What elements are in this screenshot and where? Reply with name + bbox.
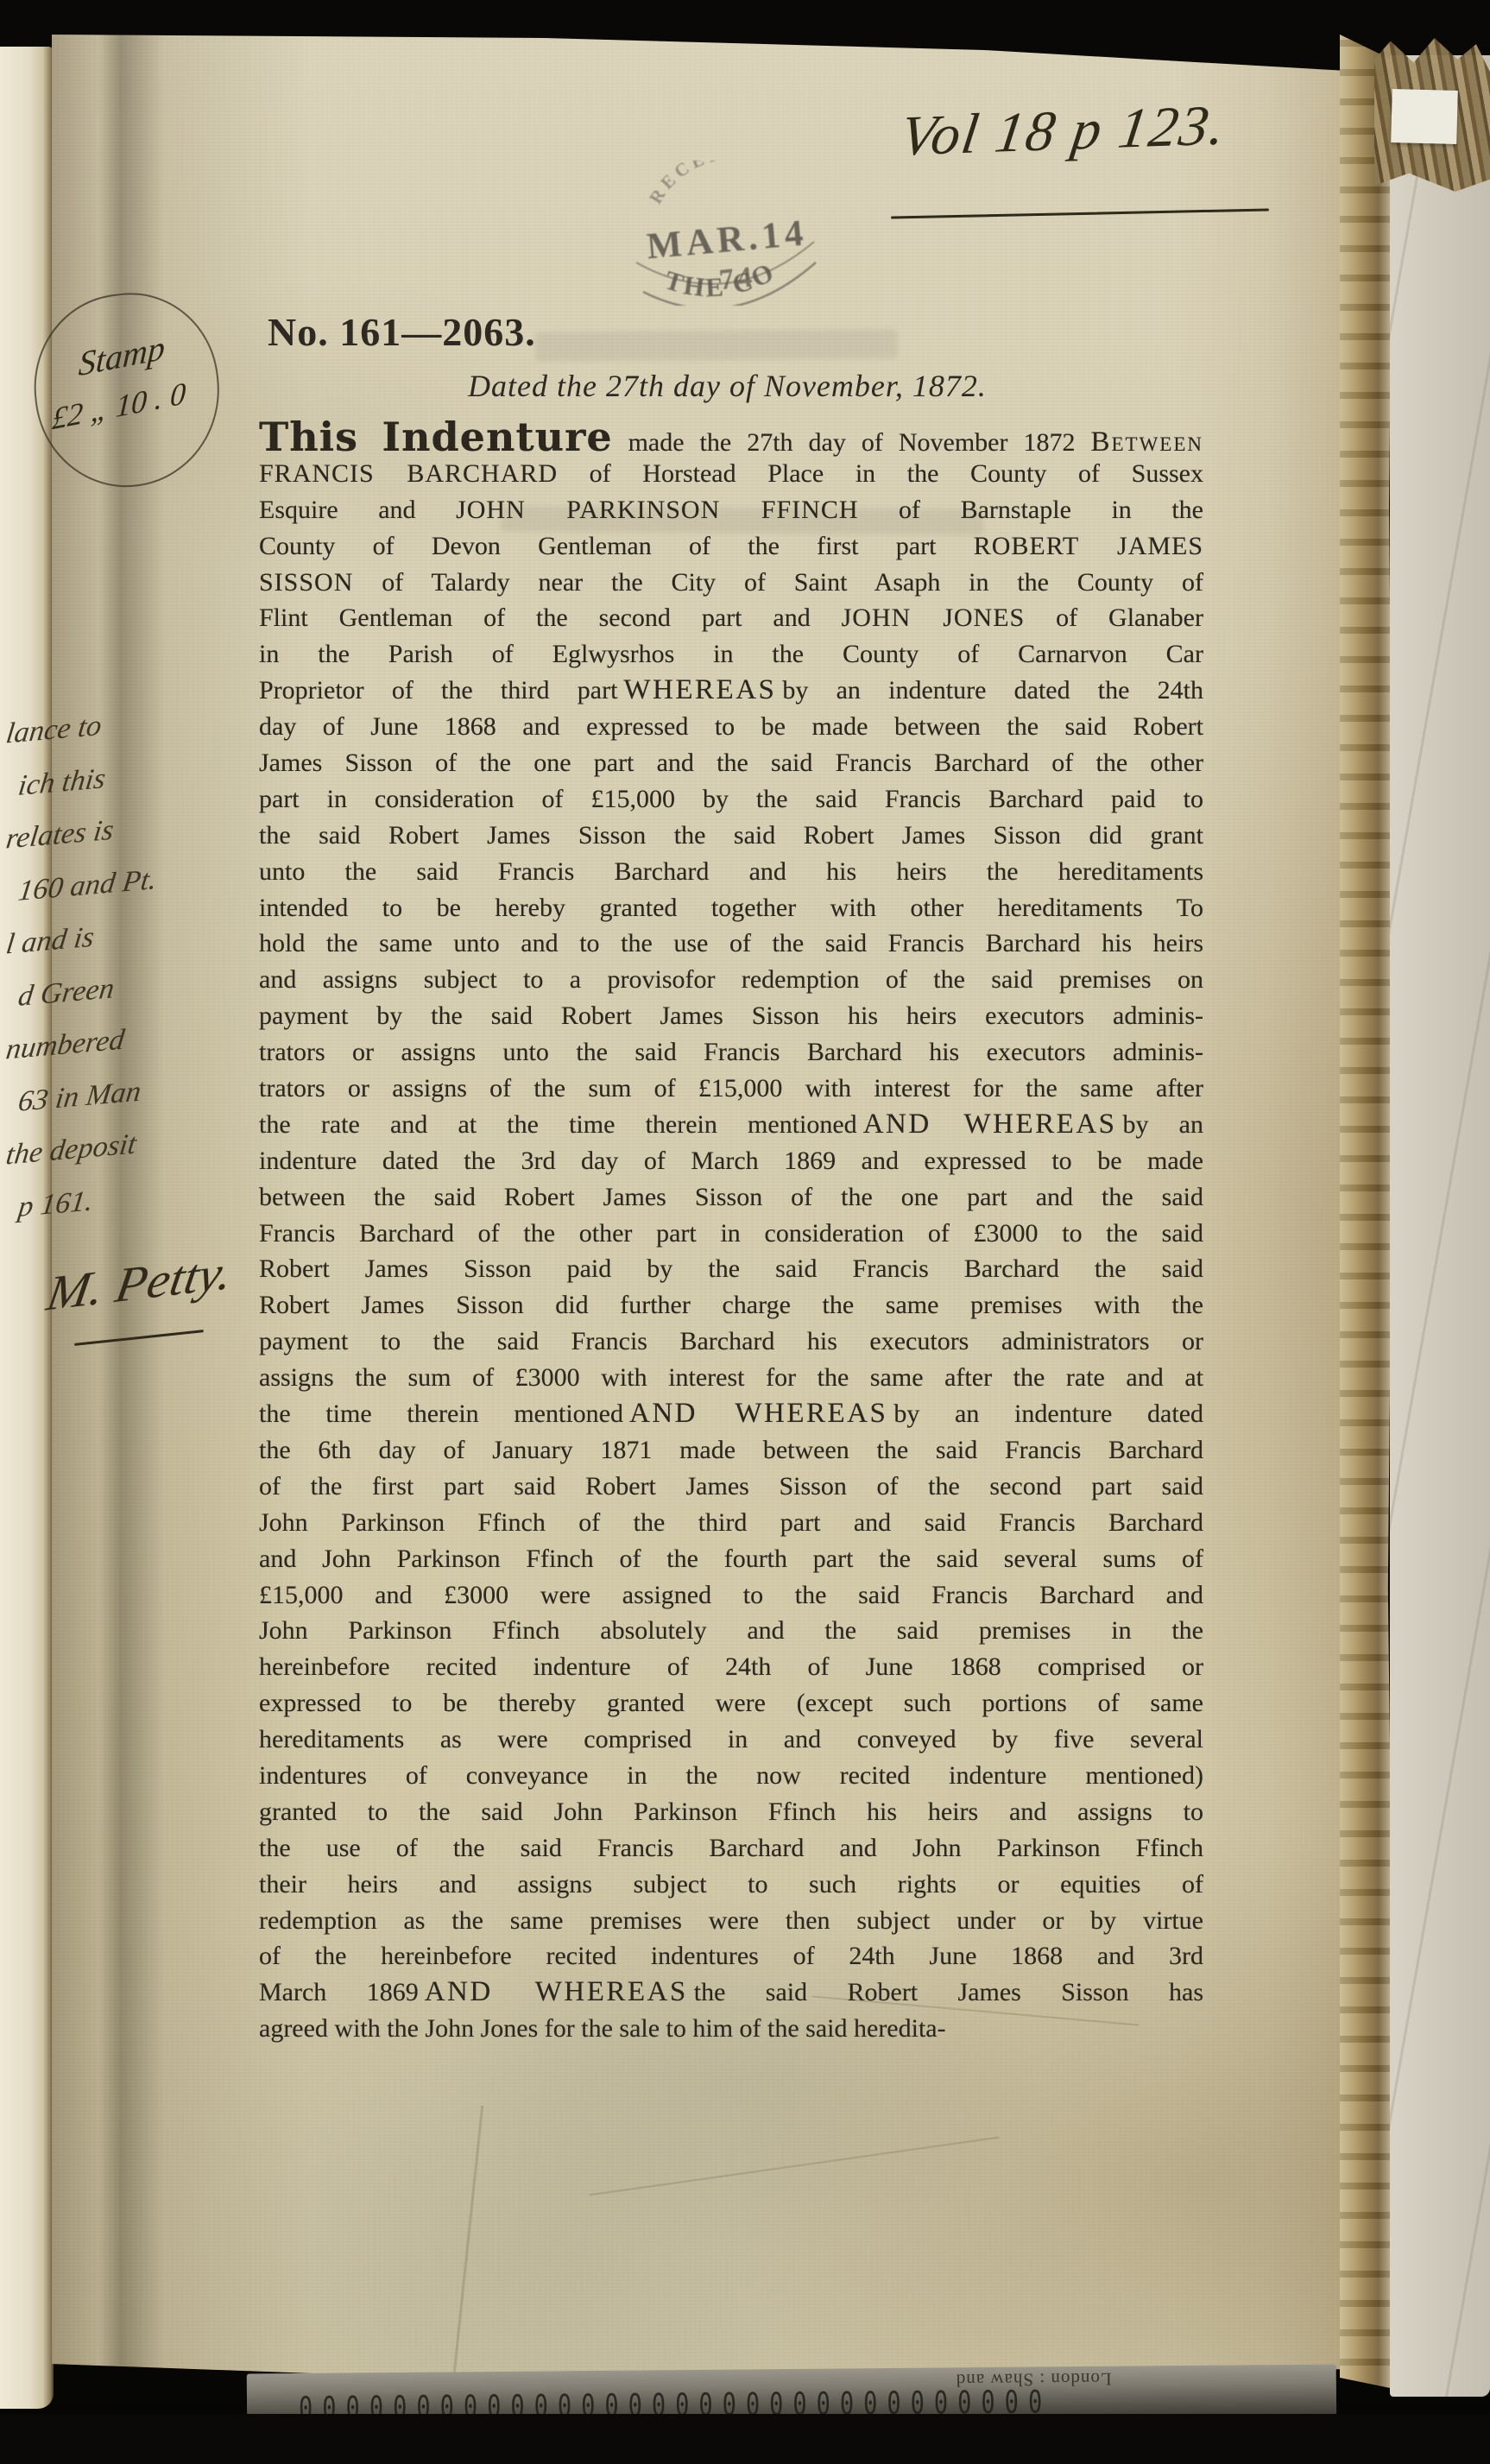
body-text-line: Robert James Sisson paid by the said Fra… bbox=[259, 1251, 1203, 1287]
body-text-segment: trators or assigns of the sum of £15,000… bbox=[259, 1074, 1203, 1102]
paper-crease bbox=[451, 2106, 483, 2390]
body-text-segment: trators or assigns unto the said Francis… bbox=[259, 1038, 1203, 1066]
body-text-segment: the time therein mentioned bbox=[259, 1399, 623, 1428]
body-text-line: and John Parkinson Ffinch of the fourth … bbox=[259, 1541, 1203, 1577]
body-text-segment: the rate and at the time therein mention… bbox=[259, 1110, 857, 1139]
body-text-line: granted to the said John Parkinson Ffinc… bbox=[259, 1794, 1203, 1830]
stamp-duty-note: Stamp £2 „ 10 . 0 bbox=[23, 283, 230, 497]
body-text-segment: the said Robert James Sisson has bbox=[694, 1978, 1203, 2006]
body-text-line: SISSON of Talardy near the City of Saint… bbox=[259, 565, 1203, 601]
body-text-line: payment to the said Francis Barchard his… bbox=[259, 1324, 1203, 1360]
body-text-segment: AND WHEREAS bbox=[629, 1398, 887, 1429]
body-text-line: John Parkinson Ffinch absolutely and the… bbox=[259, 1613, 1203, 1649]
body-text-segment: by an bbox=[1123, 1110, 1204, 1139]
body-text-line: redemption as the same premises were the… bbox=[259, 1903, 1203, 1939]
body-text-segment: hereinbefore recited indenture of 24th o… bbox=[259, 1652, 1203, 1681]
underlying-page-edge bbox=[1390, 55, 1490, 2397]
body-text-segment: between the said Robert James Sisson of … bbox=[259, 1183, 1203, 1211]
body-text-segment: their heirs and assigns subject to such … bbox=[259, 1870, 1203, 1899]
body-text-line: Esquire and JOHN PARKINSON FFINCH of Bar… bbox=[259, 492, 1203, 528]
body-text-line: Proprietor of the third partWHEREASby an… bbox=[259, 673, 1203, 709]
body-text-line: in the Parish of Eglwysrhos in the Count… bbox=[259, 636, 1203, 673]
body-text-line: payment by the said Robert James Sisson … bbox=[259, 998, 1203, 1034]
document-number-heading: No. 161—2063. bbox=[268, 309, 536, 355]
margin-notes: lance toich thisrelates is160 and Pt.l a… bbox=[7, 706, 275, 1233]
body-text-line: part in consideration of £15,000 by the … bbox=[259, 781, 1203, 818]
body-text-segment: County of Devon Gentleman of the first p… bbox=[259, 532, 974, 560]
body-text-line: intended to be hereby granted together w… bbox=[259, 890, 1203, 926]
body-text-line: trators or assigns of the sum of £15,000… bbox=[259, 1071, 1203, 1107]
body-text-segment: FRANCIS BARCHARD bbox=[259, 459, 558, 488]
body-text-line: the rate and at the time therein mention… bbox=[259, 1107, 1203, 1143]
document-body: This Indenture made the 27th day of Nove… bbox=[259, 420, 1203, 2047]
body-text-line: unto the said Francis Barchard and his h… bbox=[259, 854, 1203, 890]
body-text-line: hereditaments as were comprised in and c… bbox=[259, 1722, 1203, 1758]
body-text-line: day of June 1868 and expressed to be mad… bbox=[259, 709, 1203, 745]
stamp-date-text: MAR.14 bbox=[645, 212, 809, 267]
body-text-line: the time therein mentionedAND WHEREASby … bbox=[259, 1396, 1203, 1432]
page-deckle-edge bbox=[1340, 35, 1393, 2388]
body-text-line: the 6th day of January 1871 made between… bbox=[259, 1432, 1203, 1469]
tucked-white-card bbox=[1391, 89, 1458, 144]
body-text-segment: JOHN JONES bbox=[842, 603, 1026, 632]
body-text-segment: expressed to be thereby granted were (ex… bbox=[259, 1689, 1203, 1717]
body-text-segment: the said Robert James Sisson the said Ro… bbox=[259, 821, 1203, 850]
body-text-segment: £15,000 and £3000 were assigned to the s… bbox=[259, 1581, 1203, 1609]
body-text-line: hold the same unto and to the use of the… bbox=[259, 926, 1203, 962]
body-text-segment: AND WHEREAS bbox=[425, 1976, 688, 2007]
table-background bbox=[0, 2414, 1490, 2464]
body-text-segment: Between bbox=[1090, 426, 1203, 458]
body-text-segment: part in consideration of £15,000 by the … bbox=[259, 785, 1203, 813]
body-text-line: assigns the sum of £3000 with interest f… bbox=[259, 1360, 1203, 1396]
body-text-segment: AND WHEREAS bbox=[863, 1109, 1117, 1140]
body-text-line: indentures of conveyance in the now reci… bbox=[259, 1758, 1203, 1794]
body-text-segment: Flint Gentleman of the second part and bbox=[259, 603, 842, 632]
body-text-segment: intended to be hereby granted together w… bbox=[259, 894, 1203, 922]
body-text-segment: Esquire and bbox=[259, 496, 456, 524]
svg-text:RECEIV: RECEIV bbox=[645, 161, 738, 207]
body-text-segment: made the 27th day of November 1872 bbox=[613, 428, 1091, 457]
body-text-segment: of Horstead Place in the County of Susse… bbox=[558, 459, 1203, 488]
body-text-line: of the first part said Robert James Siss… bbox=[259, 1469, 1203, 1505]
body-text-segment: Proprietor of the third part bbox=[259, 676, 617, 704]
scanned-book-photo: RECEIV MAR.14 74 THE CO Vol 18 p 123. No… bbox=[0, 0, 1490, 2464]
body-text-segment: of the hereinbefore recited indentures o… bbox=[259, 1942, 1203, 1970]
body-text-segment: the 6th day of January 1871 made between… bbox=[259, 1436, 1203, 1464]
body-text-segment: March 1869 bbox=[259, 1978, 419, 2006]
body-text-line: £15,000 and £3000 were assigned to the s… bbox=[259, 1577, 1203, 1614]
body-text-segment: granted to the said John Parkinson Ffinc… bbox=[259, 1797, 1203, 1826]
body-text-segment: hereditaments as were comprised in and c… bbox=[259, 1725, 1203, 1753]
body-text-line: between the said Robert James Sisson of … bbox=[259, 1179, 1203, 1216]
body-text-segment: assigns the sum of £3000 with interest f… bbox=[259, 1363, 1203, 1392]
paper-crease bbox=[589, 2137, 1000, 2196]
body-text-segment: JOHN PARKINSON FFINCH bbox=[456, 496, 858, 524]
body-text-segment: unto the said Francis Barchard and his h… bbox=[259, 857, 1203, 886]
body-text-line: James Sisson of the one part and the sai… bbox=[259, 745, 1203, 781]
body-text-segment: indentures of conveyance in the now reci… bbox=[259, 1761, 1203, 1790]
body-text-segment: day of June 1868 and expressed to be mad… bbox=[259, 712, 1203, 741]
body-text-segment: redemption as the same premises were the… bbox=[259, 1906, 1203, 1935]
body-text-segment: the use of the said Francis Barchard and… bbox=[259, 1834, 1203, 1862]
body-text-segment: hold the same unto and to the use of the… bbox=[259, 929, 1203, 957]
body-text-segment: indenture dated the 3rd day of March 186… bbox=[259, 1147, 1203, 1175]
body-text-line: and assigns subject to a provisofor rede… bbox=[259, 962, 1203, 998]
body-text-line: the use of the said Francis Barchard and… bbox=[259, 1830, 1203, 1867]
body-text-segment: by an indenture dated bbox=[893, 1399, 1203, 1428]
body-text-segment: of Barnstaple in the bbox=[859, 496, 1204, 524]
ink-bleedthrough bbox=[535, 329, 898, 362]
received-date-stamp: RECEIV MAR.14 74 THE CO bbox=[635, 161, 818, 306]
body-text-segment: of the first part said Robert James Siss… bbox=[259, 1472, 1203, 1501]
body-text-segment: John Parkinson Ffinch absolutely and the… bbox=[259, 1616, 1203, 1645]
body-text-line: expressed to be thereby granted were (ex… bbox=[259, 1685, 1203, 1722]
body-text-line: Flint Gentleman of the second part and J… bbox=[259, 600, 1203, 636]
body-text-line: John Parkinson Ffinch of the third part … bbox=[259, 1505, 1203, 1541]
body-text-line: indenture dated the 3rd day of March 186… bbox=[259, 1143, 1203, 1179]
body-text-line: agreed with the John Jones for the sale … bbox=[259, 2011, 1203, 2047]
body-text-segment: SISSON bbox=[259, 568, 353, 597]
body-text-segment: payment to the said Francis Barchard his… bbox=[259, 1327, 1203, 1355]
body-text-line: their heirs and assigns subject to such … bbox=[259, 1867, 1203, 1903]
dated-heading: Dated the 27th day of November, 1872. bbox=[468, 368, 987, 404]
body-text-line: Francis Barchard of the other part in co… bbox=[259, 1216, 1203, 1252]
body-text-line: the said Robert James Sisson the said Ro… bbox=[259, 818, 1203, 854]
body-text-segment: of Talardy near the City of Saint Asaph … bbox=[353, 568, 1203, 597]
volume-reference-underline bbox=[891, 208, 1269, 218]
body-text-segment: James Sisson of the one part and the sai… bbox=[259, 749, 1203, 777]
body-text-line: This Indenture made the 27th day of Nove… bbox=[259, 420, 1203, 456]
body-text-line: of the hereinbefore recited indentures o… bbox=[259, 1938, 1203, 1974]
body-text-segment: agreed with the John Jones for the sale … bbox=[259, 2014, 946, 2043]
body-text-segment: and assigns subject to a provisofor rede… bbox=[259, 965, 1203, 994]
blackletter-opening: This Indenture bbox=[259, 414, 613, 460]
body-text-segment: Robert James Sisson paid by the said Fra… bbox=[259, 1254, 1203, 1283]
body-text-segment: Robert James Sisson did further charge t… bbox=[259, 1291, 1203, 1319]
body-text-segment: and John Parkinson Ffinch of the fourth … bbox=[259, 1545, 1203, 1573]
body-text-line: trators or assigns unto the said Francis… bbox=[259, 1034, 1203, 1071]
body-text-segment: John Parkinson Ffinch of the third part … bbox=[259, 1508, 1203, 1537]
body-text-segment: of Glanaber bbox=[1025, 603, 1203, 632]
body-text-segment: in the Parish of Eglwysrhos in the Count… bbox=[259, 640, 1203, 668]
body-text-segment: payment by the said Robert James Sisson … bbox=[259, 1001, 1203, 1030]
body-text-segment: by an indenture dated the 24th bbox=[782, 676, 1203, 704]
body-text-segment: Francis Barchard of the other part in co… bbox=[259, 1219, 1203, 1248]
body-text-line: County of Devon Gentleman of the first p… bbox=[259, 528, 1203, 565]
body-text-line: hereinbefore recited indenture of 24th o… bbox=[259, 1649, 1203, 1685]
body-text-line: Robert James Sisson did further charge t… bbox=[259, 1287, 1203, 1324]
stamp-top-arc-text: RECEIV bbox=[645, 161, 738, 207]
body-text-segment: ROBERT JAMES bbox=[974, 532, 1203, 560]
body-text-segment: WHEREAS bbox=[623, 674, 776, 705]
body-text-line: March 1869AND WHEREASthe said Robert Jam… bbox=[259, 1974, 1203, 2011]
body-text-line: FRANCIS BARCHARD of Horstead Place in th… bbox=[259, 456, 1203, 492]
volume-reference-note: Vol 18 p 123. bbox=[897, 92, 1231, 169]
